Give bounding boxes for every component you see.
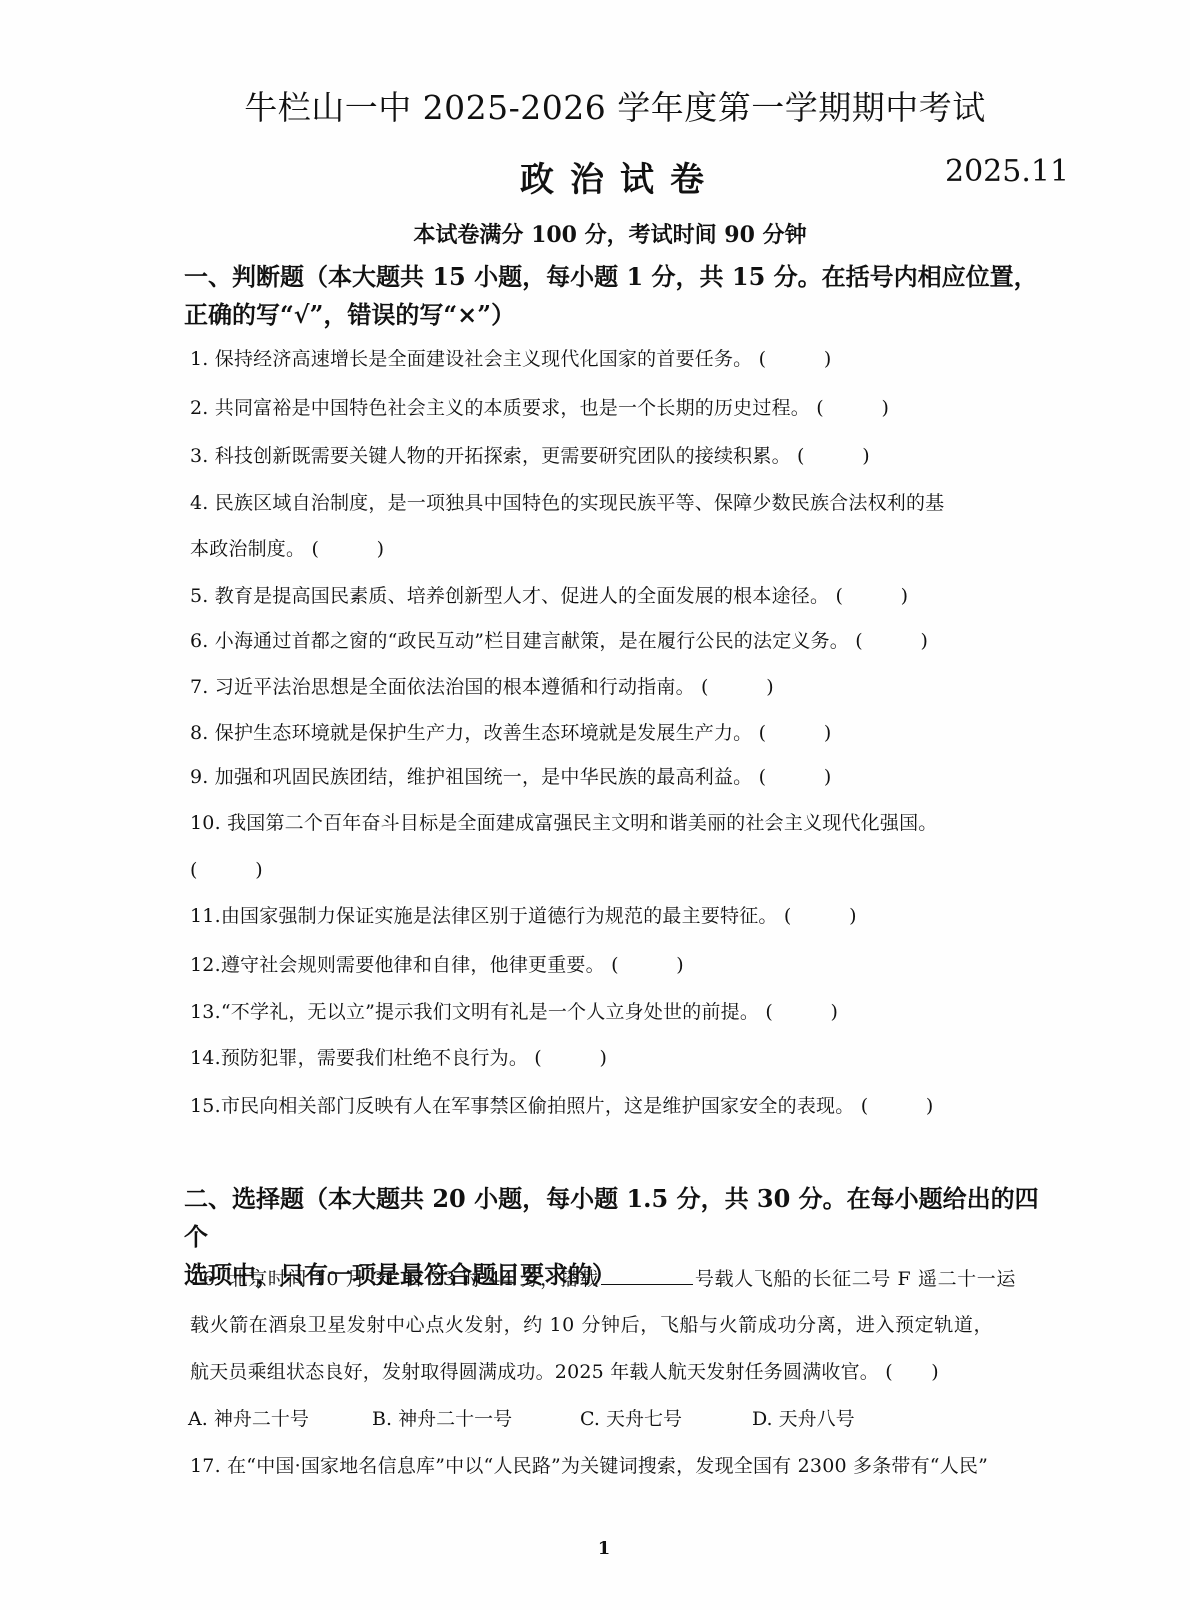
answer-blank[interactable]: ( ) <box>797 443 870 469</box>
question-text: 我国第二个百年奋斗目标是全面建成富强民主文明和谐美丽的社会主义现代化强国。 <box>227 812 937 834</box>
question-text: 在“中国·国家地名信息库”中以“人民路”为关键词搜索，发现全国有 2300 多条… <box>227 1455 988 1477</box>
option-text: 神舟二十号 <box>214 1408 309 1430</box>
question-3: 3. 科技创新既需要关键人物的开拓探索，更需要研究团队的接续积累。 ( ) <box>190 443 870 469</box>
answer-blank[interactable]: ( ) <box>190 857 263 883</box>
question-number: 1. <box>190 348 209 370</box>
question-number: 7. <box>190 676 209 698</box>
question-text: 教育是提高国民素质、培养创新型人才、促进人的全面发展的根本途径。 <box>215 585 829 607</box>
school-exam-title: 牛栏山一中 2025-2026 学年度第一学期期中考试 <box>0 82 1190 129</box>
option-text: 天舟七号 <box>606 1408 682 1430</box>
question-5: 5. 教育是提高国民素质、培养创新型人才、促进人的全面发展的根本途径。 ( ) <box>190 583 908 609</box>
question-1: 1. 保持经济高速增长是全面建设社会主义现代化国家的首要任务。 ( ) <box>190 346 831 372</box>
question-number: 4. <box>190 492 209 514</box>
question-11: 11.由国家强制力保证实施是法律区别于道德行为规范的最主要特征。 ( ) <box>190 903 857 929</box>
question-text: 小海通过首都之窗的“政民互动”栏目建言献策，是在履行公民的法定义务。 <box>215 630 849 652</box>
question-14: 14.预防犯罪，需要我们杜绝不良行为。 ( ) <box>190 1045 607 1071</box>
answer-blank[interactable]: ( ) <box>759 346 832 372</box>
question-number: 13. <box>190 1001 221 1023</box>
option-text: 天舟八号 <box>779 1408 855 1430</box>
question-2: 2. 共同富裕是中国特色社会主义的本质要求，也是一个长期的历史过程。 ( ) <box>190 395 889 421</box>
answer-blank[interactable]: ( ) <box>835 583 908 609</box>
answer-blank[interactable]: ( ) <box>759 764 832 790</box>
question-text: 市民向相关部门反映有人在军事禁区偷拍照片，这是维护国家安全的表现。 <box>221 1095 855 1117</box>
question-text: 由国家强制力保证实施是法律区别于道德行为规范的最主要特征。 <box>221 905 778 927</box>
option-label: C. <box>580 1408 600 1430</box>
option-d[interactable]: D. 天舟八号 <box>752 1406 855 1432</box>
question-text: 号载人飞船的长征二号 F 遥二十一运 <box>695 1268 1016 1290</box>
question-number: 16. <box>190 1268 222 1290</box>
question-16-line1: 16. 北京时间 10 月 31 日 23 时 44 分，搭载号载人飞船的长征二… <box>190 1264 1016 1292</box>
section1-heading: 一、判断题（本大题共 15 小题，每小题 1 分，共 15 分。在括号内相应位置… <box>184 258 1044 334</box>
question-13: 13.“不学礼，无以立”提示我们文明有礼是一个人立身处世的前提。 ( ) <box>190 999 838 1025</box>
question-text: 航天员乘组状态良好，发射取得圆满成功。2025 年载人航天发射任务圆满收官。 <box>190 1361 879 1383</box>
question-number: 12. <box>190 954 221 976</box>
exam-date: 2025.11 <box>945 154 1069 189</box>
question-text: 载火箭在酒泉卫星发射中心点火发射，约 10 分钟后，飞船与火箭成功分离，进入预定… <box>190 1314 993 1336</box>
question-text: 保持经济高速增长是全面建设社会主义现代化国家的首要任务。 <box>215 348 753 370</box>
question-number: 15. <box>190 1095 221 1117</box>
question-text: 北京时间 10 月 31 日 23 时 44 分，搭载 <box>229 1268 599 1290</box>
section2-heading-line1: 二、选择题（本大题共 20 小题，每小题 1.5 分，共 30 分。在每小题给出… <box>184 1180 1044 1256</box>
question-text: 民族区域自治制度，是一项独具中国特色的实现民族平等、保障少数民族合法权利的基 <box>215 492 945 514</box>
question-9: 9. 加强和巩固民族团结，维护祖国统一，是中华民族的最高利益。 ( ) <box>190 764 831 790</box>
question-8: 8. 保护生态环境就是保护生产力，改善生态环境就是发展生产力。 ( ) <box>190 720 831 746</box>
option-c[interactable]: C. 天舟七号 <box>580 1406 752 1432</box>
exam-page: 牛栏山一中 2025-2026 学年度第一学期期中考试 政治试卷 2025.11… <box>0 0 1190 1610</box>
answer-blank[interactable]: ( ) <box>855 628 928 654</box>
question-number: 2. <box>190 397 209 419</box>
question-7: 7. 习近平法治思想是全面依法治国的根本遵循和行动指南。 ( ) <box>190 674 774 700</box>
question-number: 6. <box>190 630 209 652</box>
option-text: 神舟二十一号 <box>398 1408 512 1430</box>
question-4: 4. 民族区域自治制度，是一项独具中国特色的实现民族平等、保障少数民族合法权利的… <box>190 490 944 516</box>
question-4-continued: 本政治制度。 ( ) <box>190 536 384 562</box>
question-text: 科技创新既需要关键人物的开拓探索，更需要研究团队的接续积累。 <box>215 445 791 467</box>
answer-blank[interactable]: ( ) <box>885 1359 939 1385</box>
question-text: “不学礼，无以立”提示我们文明有礼是一个人立身处世的前提。 <box>221 1001 759 1023</box>
question-text: 预防犯罪，需要我们杜绝不良行为。 <box>221 1047 528 1069</box>
question-text: 共同富裕是中国特色社会主义的本质要求，也是一个长期的历史过程。 <box>215 397 810 419</box>
question-number: 10. <box>190 812 221 834</box>
question-text: 遵守社会规则需要他律和自律，他律更重要。 <box>221 954 605 976</box>
option-b[interactable]: B. 神舟二十一号 <box>372 1406 580 1432</box>
option-label: B. <box>372 1408 392 1430</box>
answer-blank[interactable]: ( ) <box>311 536 384 562</box>
option-label: A. <box>188 1408 208 1430</box>
answer-blank[interactable]: ( ) <box>759 720 832 746</box>
answer-blank[interactable]: ( ) <box>534 1045 607 1071</box>
question-10-continued: ( ) <box>190 857 263 883</box>
question-16-line2: 载火箭在酒泉卫星发射中心点火发射，约 10 分钟后，飞船与火箭成功分离，进入预定… <box>190 1312 993 1338</box>
question-number: 9. <box>190 766 209 788</box>
question-12: 12.遵守社会规则需要他律和自律，他律更重要。 ( ) <box>190 952 684 978</box>
question-16-line3: 航天员乘组状态良好，发射取得圆满成功。2025 年载人航天发射任务圆满收官。 (… <box>190 1359 939 1385</box>
section1-heading-line1: 一、判断题（本大题共 15 小题，每小题 1 分，共 15 分。在括号内相应位置… <box>184 258 1044 296</box>
answer-blank[interactable]: ( ) <box>816 395 889 421</box>
answer-blank[interactable]: ( ) <box>701 674 774 700</box>
option-label: D. <box>752 1408 773 1430</box>
question-text: 加强和巩固民族团结，维护祖国统一，是中华民族的最高利益。 <box>215 766 753 788</box>
question-text-continued: 本政治制度。 <box>190 538 305 560</box>
exam-info: 本试卷满分 100 分，考试时间 90 分钟 <box>0 218 1190 249</box>
section1-heading-line2: 正确的写“√”，错误的写“×”） <box>184 296 1044 334</box>
answer-blank[interactable]: ( ) <box>611 952 684 978</box>
question-number: 3. <box>190 445 209 467</box>
question-text: 习近平法治思想是全面依法治国的根本遵循和行动指南。 <box>215 676 695 698</box>
question-16-options: A. 神舟二十号 B. 神舟二十一号 C. 天舟七号 D. 天舟八号 <box>188 1406 855 1432</box>
answer-blank[interactable]: ( ) <box>784 903 857 929</box>
question-number: 5. <box>190 585 209 607</box>
answer-blank[interactable]: ( ) <box>861 1093 934 1119</box>
page-number: 1 <box>0 1538 1190 1559</box>
question-number: 8. <box>190 722 209 744</box>
question-number: 14. <box>190 1047 221 1069</box>
fill-in-blank[interactable] <box>601 1264 693 1285</box>
question-10: 10. 我国第二个百年奋斗目标是全面建成富强民主文明和谐美丽的社会主义现代化强国… <box>190 810 937 836</box>
question-number: 11. <box>190 905 221 927</box>
question-number: 17. <box>190 1455 221 1477</box>
answer-blank[interactable]: ( ) <box>765 999 838 1025</box>
question-15: 15.市民向相关部门反映有人在军事禁区偷拍照片，这是维护国家安全的表现。 ( ) <box>190 1093 934 1119</box>
question-text: 保护生态环境就是保护生产力，改善生态环境就是发展生产力。 <box>215 722 753 744</box>
question-17-line1: 17. 在“中国·国家地名信息库”中以“人民路”为关键词搜索，发现全国有 230… <box>190 1453 988 1479</box>
question-6: 6. 小海通过首都之窗的“政民互动”栏目建言献策，是在履行公民的法定义务。 ( … <box>190 628 928 654</box>
option-a[interactable]: A. 神舟二十号 <box>188 1406 372 1432</box>
